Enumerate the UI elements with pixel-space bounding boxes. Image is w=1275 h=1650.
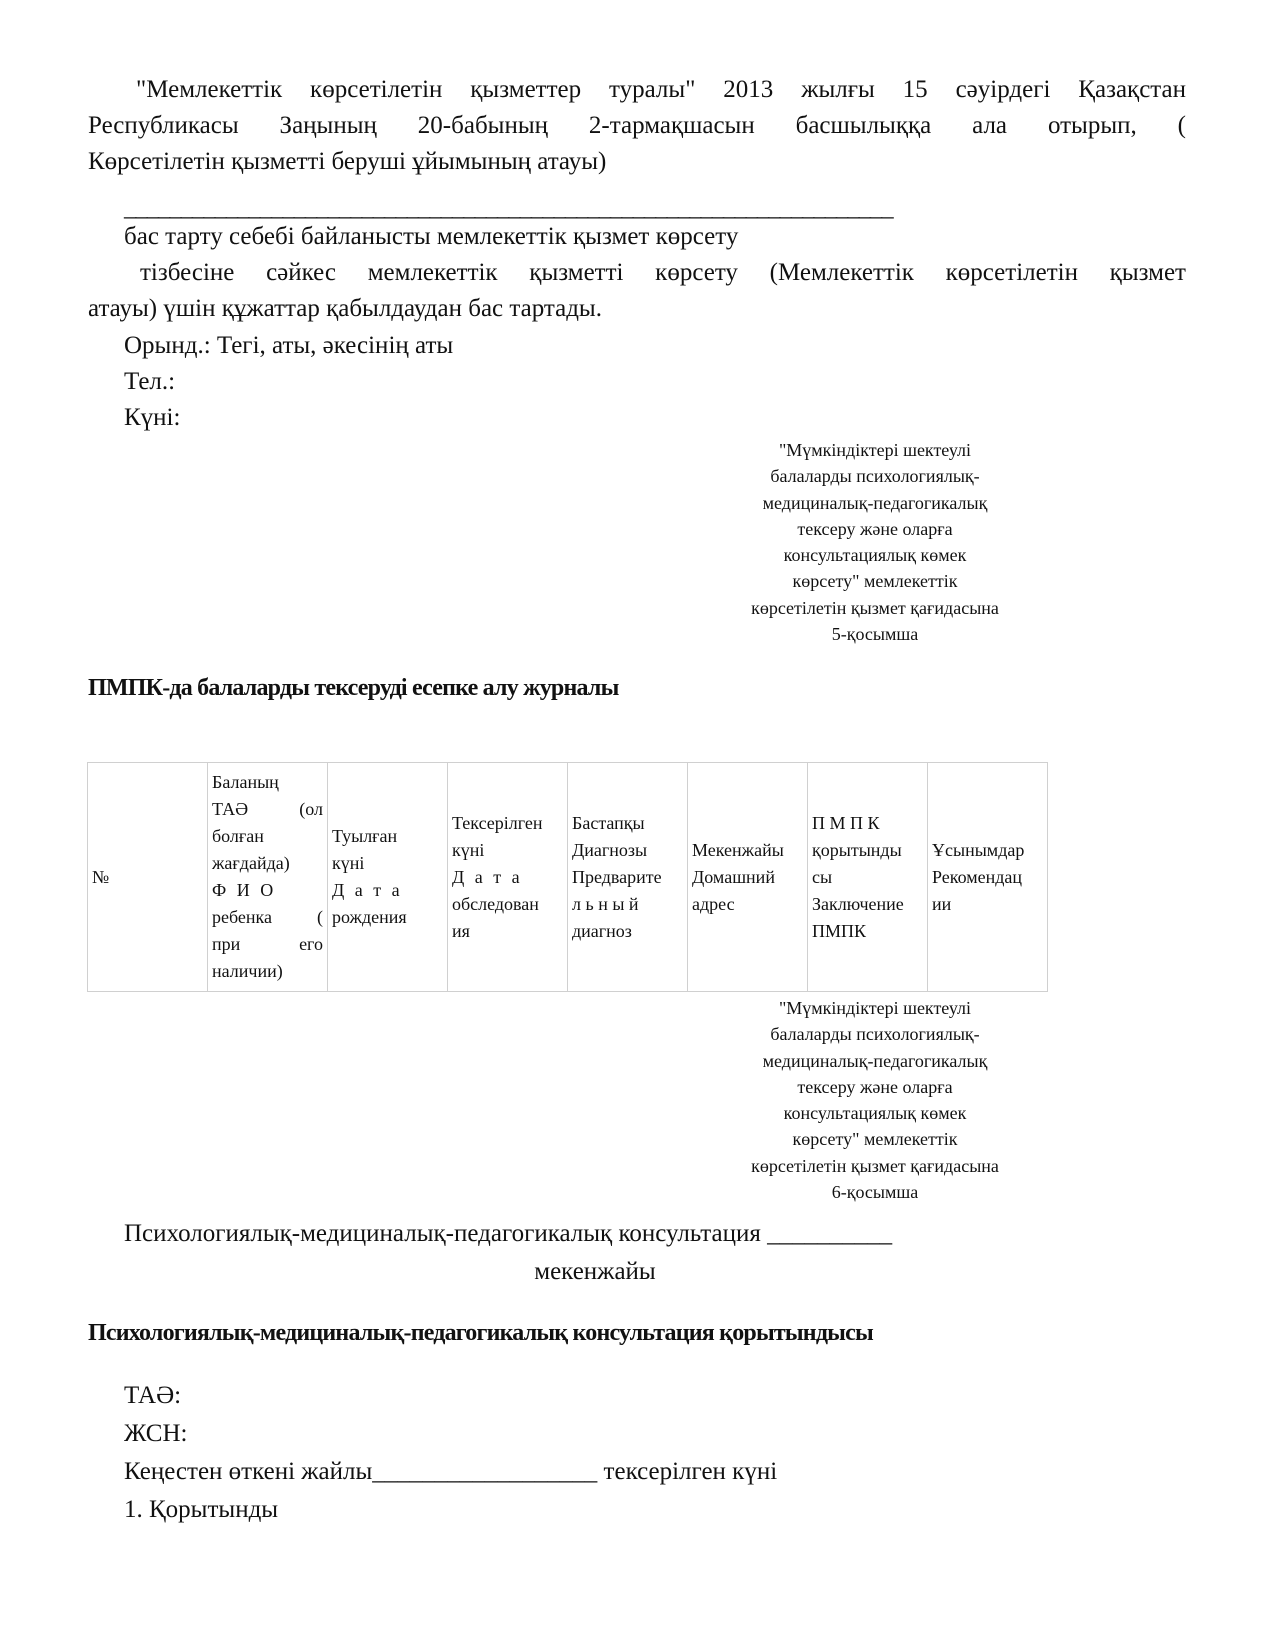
date-label: Күні: <box>124 400 180 436</box>
executor-label: Орынд.: Тегі, аты, әкесінің аты <box>124 328 453 364</box>
annex-5-line: консультациялық көмек <box>720 542 1030 568</box>
annex-6-line: консультациялық көмек <box>720 1100 1030 1126</box>
address-label: мекенжайы <box>0 1254 1190 1290</box>
conclusion-item-1: 1. Қорытынды <box>124 1492 278 1528</box>
annex-5-line: балаларды психологиялық- <box>720 463 1030 489</box>
annex-5-line: медициналық-педагогикалық <box>720 490 1030 516</box>
phone-label: Тел.: <box>124 364 175 400</box>
column-pmpk-conclusion: П М П К қорытынды сы Заключение ПМПК <box>808 763 928 992</box>
annex-5-header: "Мүмкіндіктері шектеулі балаларды психол… <box>720 437 1030 647</box>
intro-p2-line-1: тізбесіне сәйкес мемлекеттік қызметті кө… <box>88 255 1186 291</box>
annex-6-line: көрсету" мемлекеттік <box>720 1126 1030 1152</box>
annex-6-line: медициналық-педагогикалық <box>720 1048 1030 1074</box>
intro-line-1: "Мемлекеттік көрсетілетін қызметтер тура… <box>88 72 1186 108</box>
annex-5-line: көрсетілетін қызмет қағидасына <box>720 595 1030 621</box>
annex-5-line: көрсету" мемлекеттік <box>720 568 1030 594</box>
journal-title: ПМПК-да балаларды тексеруді есепке алу ж… <box>88 673 619 703</box>
document-page: "Мемлекеттік көрсетілетін қызметтер тура… <box>0 0 1275 1650</box>
column-initial-diagnosis: Бастапқы Диагнозы Предварите л ь н ы й д… <box>568 763 688 992</box>
column-exam-date: Тексерілген күні Д а т а обследован ия <box>448 763 568 992</box>
annex-6-line: тексеру және оларға <box>720 1074 1030 1100</box>
annex-6-line: "Мүмкіндіктері шектеулі <box>720 995 1030 1021</box>
column-child-name: Баланың ТАӘ (ол болған жағдайда) Ф И О р… <box>208 763 328 992</box>
intro-p2-line-2: атауы) үшін құжаттар қабылдаудан бас тар… <box>88 291 1186 327</box>
intro-paragraph-2: тізбесіне сәйкес мемлекеттік қызметті кө… <box>88 255 1186 327</box>
refusal-reason-text: бас тарту себебі байланысты мемлекеттік … <box>124 219 738 255</box>
intro-line-3: Көрсетілетін қызметті беруші ұйымының ат… <box>88 144 1186 180</box>
column-home-address: Мекенжайы Домашний адрес <box>688 763 808 992</box>
consultation-reason-line: Кеңестен өткені жайлы__________________ … <box>124 1454 777 1490</box>
full-name-label: ТАӘ: <box>124 1378 181 1414</box>
annex-6-line: 6-қосымша <box>720 1179 1030 1205</box>
column-recommendations: Ұсынымдар Рекомендац ии <box>928 763 1048 992</box>
intro-paragraph-1: "Мемлекеттік көрсетілетін қызметтер тура… <box>88 72 1186 180</box>
annex-5-line: "Мүмкіндіктері шектеулі <box>720 437 1030 463</box>
journal-table: № Баланың ТАӘ (ол болған жағдайда) Ф И О… <box>87 762 1048 992</box>
annex-5-line: 5-қосымша <box>720 621 1030 647</box>
consultation-line: Психологиялық-медициналық-педагогикалық … <box>124 1216 892 1252</box>
annex-6-line: балаларды психологиялық- <box>720 1021 1030 1047</box>
iin-label: ЖСН: <box>124 1416 187 1452</box>
column-birth-date: Туылған күні Д а т а рождения <box>328 763 448 992</box>
column-number: № <box>88 763 208 992</box>
annex-6-header: "Мүмкіндіктері шектеулі балаларды психол… <box>720 995 1030 1205</box>
annex-5-line: тексеру және оларға <box>720 516 1030 542</box>
annex-6-line: көрсетілетін қызмет қағидасына <box>720 1153 1030 1179</box>
intro-line-2: Республикасы Заңының 20-бабының 2-тармақ… <box>88 108 1186 144</box>
conclusion-title: Психологиялық-медициналық-педагогикалық … <box>88 1318 873 1348</box>
table-header-row: № Баланың ТАӘ (ол болған жағдайда) Ф И О… <box>88 763 1048 992</box>
